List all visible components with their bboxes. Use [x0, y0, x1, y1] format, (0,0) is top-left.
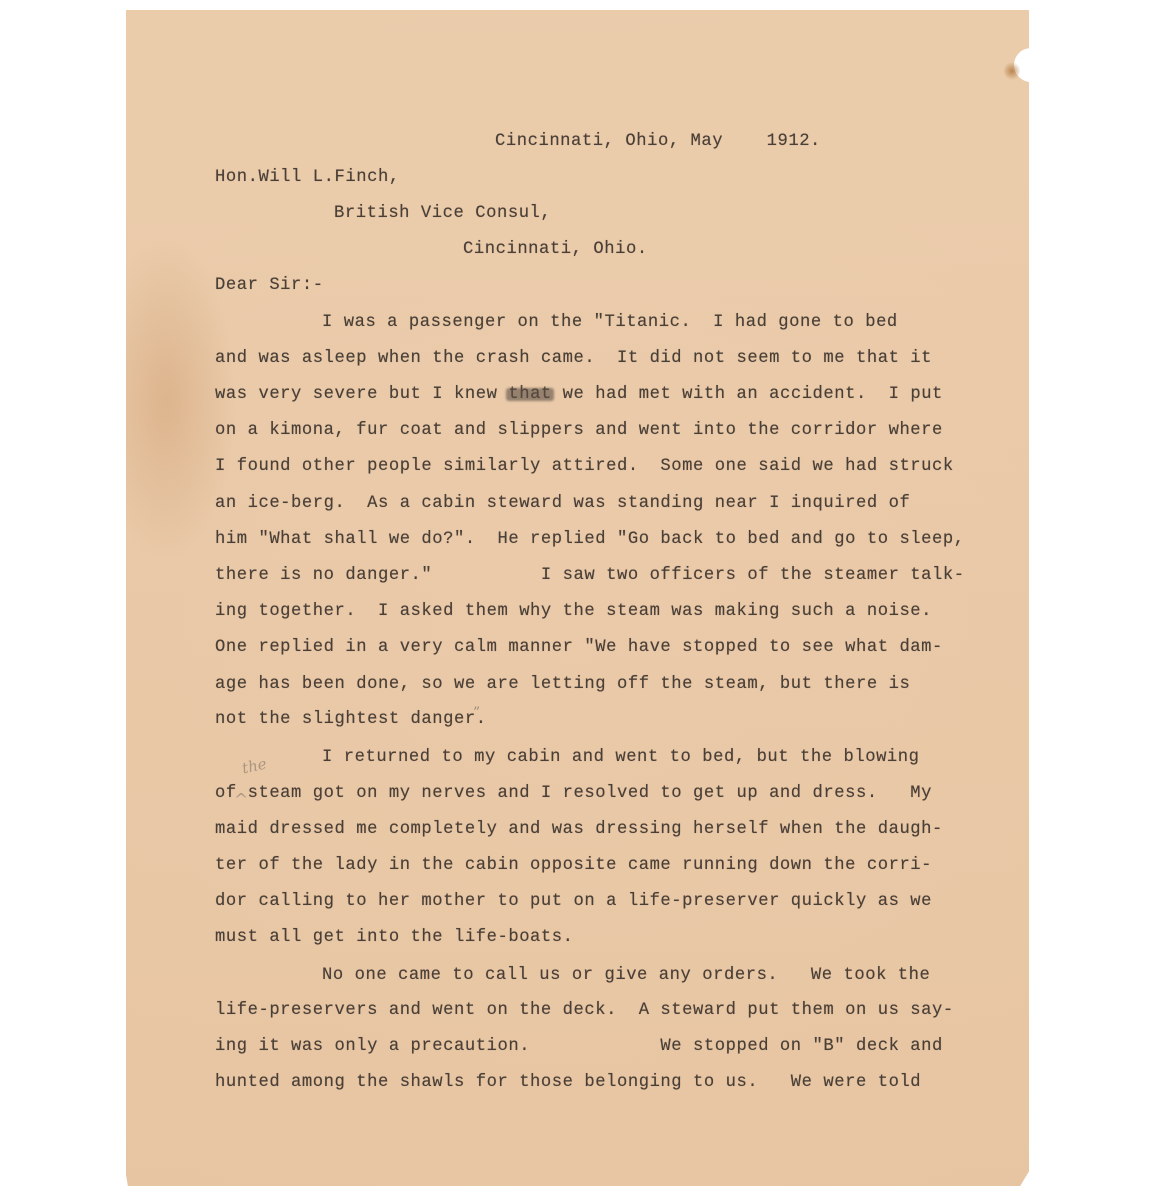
body-line: there is no danger." I saw two officers … [215, 566, 965, 586]
addressee-title: British Vice Consul, [334, 204, 551, 224]
body-line: ing together. I asked them why the steam… [215, 602, 932, 622]
body-line: ter of the lady in the cabin opposite ca… [215, 856, 932, 876]
addressee-location: Cincinnati, Ohio. [463, 240, 648, 260]
body-line: an ice-berg. As a cabin steward was stan… [215, 494, 910, 514]
caret-mark: ^ [234, 790, 248, 810]
body-line: I found other people similarly attired. … [215, 457, 954, 477]
addressee-name: Hon.Will L.Finch, [215, 168, 400, 188]
body-line: I was a passenger on the "Titanic. I had… [322, 313, 898, 333]
salutation: Dear Sir:- [215, 276, 324, 296]
dateline: Cincinnati, Ohio, May 1912. [495, 132, 821, 152]
body-line: life-preservers and went on the deck. A … [215, 1001, 954, 1021]
body-line: I returned to my cabin and went to bed, … [322, 748, 920, 768]
body-line: dor calling to her mother to put on a li… [215, 892, 932, 912]
body-line: One replied in a very calm manner "We ha… [215, 638, 943, 658]
body-line: maid dressed me completely and was dress… [215, 820, 943, 840]
struck-word: that [508, 385, 551, 404]
body-line: hunted among the shawls for those belong… [215, 1073, 921, 1093]
rust-stain [1004, 62, 1020, 80]
body-line: on a kimona, fur coat and slippers and w… [215, 421, 943, 441]
text-segment: was very severe but I knew [215, 385, 508, 404]
body-line: ing it was only a precaution. We stopped… [215, 1037, 943, 1057]
body-line: age has been done, so we are letting off… [215, 675, 910, 695]
body-line: not the slightest danger. [215, 710, 487, 730]
page-corner-cut [1019, 1168, 1031, 1188]
body-line-with-strikeout: was very severe but I knew that we had m… [215, 385, 943, 405]
page-notch [1014, 48, 1048, 82]
handwritten-closing-quote: ” [473, 705, 480, 721]
body-line: him "What shall we do?". He replied "Go … [215, 530, 965, 550]
text-segment: we had met with an accident. I put [552, 385, 943, 404]
body-line: and was asleep when the crash came. It d… [215, 349, 932, 369]
body-line: No one came to call us or give any order… [322, 966, 930, 986]
body-line: of steam got on my nerves and I resolved… [215, 784, 932, 804]
body-line: must all get into the life-boats. [215, 928, 574, 948]
